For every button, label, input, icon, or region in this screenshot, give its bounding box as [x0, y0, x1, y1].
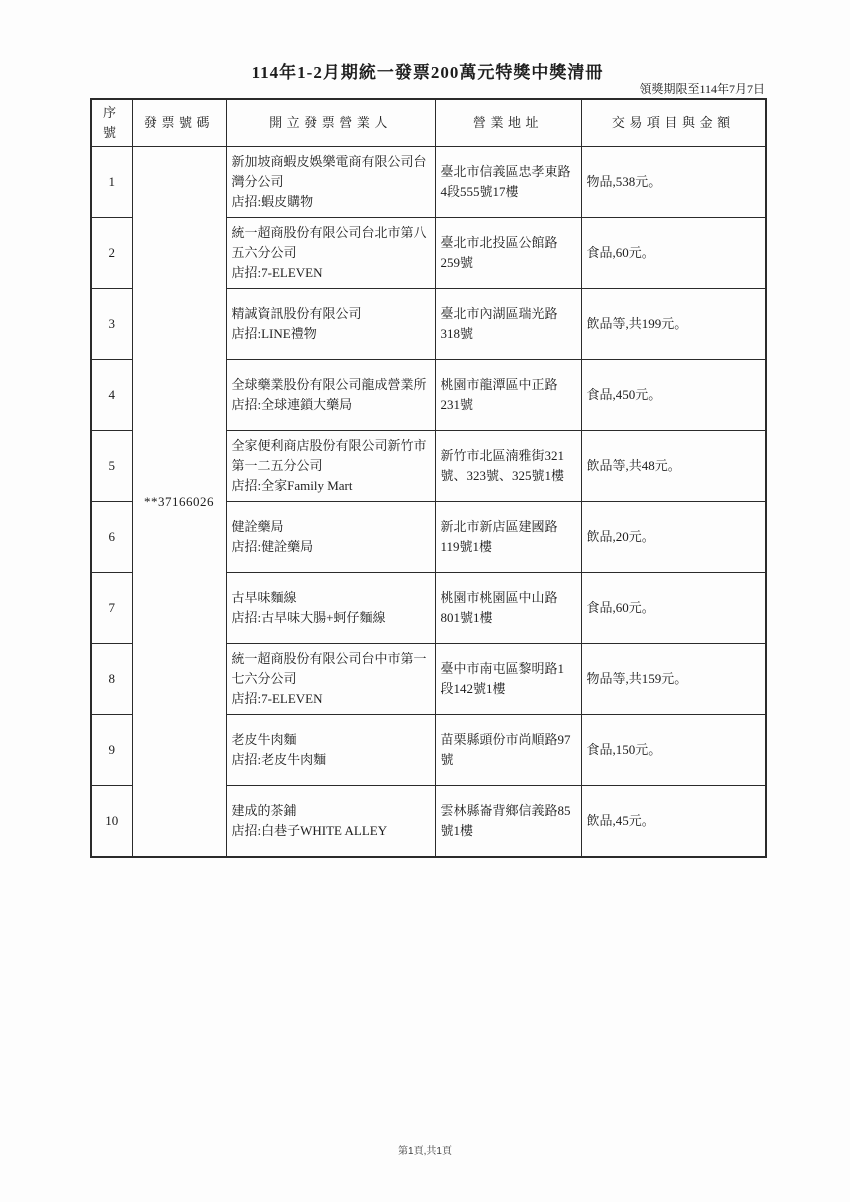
- seller-name: 統一超商股份有限公司台中市第一七六分公司: [232, 649, 430, 689]
- header-items-amount: 交易項目與金額: [581, 99, 766, 147]
- header-address: 營業地址: [435, 99, 581, 147]
- seller-name: 全球藥業股份有限公司龍成營業所: [232, 375, 430, 395]
- address-cell: 臺北市內湖區瑞光路318號: [435, 289, 581, 360]
- store-sign: 店招:LINE禮物: [232, 324, 430, 344]
- seller-name: 古早味麵線: [232, 588, 430, 608]
- serial-cell: 6: [91, 502, 132, 573]
- store-sign: 店招:全家Family Mart: [232, 476, 430, 496]
- seller-cell: 健詮藥局 店招:健詮藥局: [226, 502, 435, 573]
- serial-cell: 3: [91, 289, 132, 360]
- seller-name: 統一超商股份有限公司台北市第八五六分公司: [232, 223, 430, 263]
- store-sign: 店招:全球連鎖大藥局: [232, 395, 430, 415]
- serial-cell: 7: [91, 573, 132, 644]
- winners-table: 序號 發票號碼 開立發票營業人 營業地址 交易項目與金額 1 **3716602…: [90, 98, 767, 858]
- store-sign: 店招:7-ELEVEN: [232, 263, 430, 283]
- header-invoice-number: 發票號碼: [132, 99, 226, 147]
- items-amount-cell: 飲品,20元。: [581, 502, 766, 573]
- seller-cell: 統一超商股份有限公司台中市第一七六分公司 店招:7-ELEVEN: [226, 644, 435, 715]
- items-amount-cell: 食品,60元。: [581, 573, 766, 644]
- seller-cell: 古早味麵線 店招:古早味大腸+蚵仔麵線: [226, 573, 435, 644]
- serial-cell: 10: [91, 786, 132, 858]
- items-amount-cell: 物品等,共159元。: [581, 644, 766, 715]
- items-amount-cell: 食品,450元。: [581, 360, 766, 431]
- seller-cell: 新加坡商蝦皮娛樂電商有限公司台灣分公司 店招:蝦皮購物: [226, 147, 435, 218]
- serial-cell: 2: [91, 218, 132, 289]
- serial-cell: 8: [91, 644, 132, 715]
- seller-name: 新加坡商蝦皮娛樂電商有限公司台灣分公司: [232, 152, 430, 192]
- items-amount-cell: 飲品,45元。: [581, 786, 766, 858]
- address-cell: 桃園市桃園區中山路801號1樓: [435, 573, 581, 644]
- seller-name: 精誠資訊股份有限公司: [232, 304, 430, 324]
- store-sign: 店招:健詮藥局: [232, 537, 430, 557]
- address-cell: 新竹市北區湳雅街321號、323號、325號1樓: [435, 431, 581, 502]
- items-amount-cell: 食品,60元。: [581, 218, 766, 289]
- page-footer: 第1頁,共1頁: [0, 1142, 850, 1157]
- seller-cell: 全家便利商店股份有限公司新竹市第一二五分公司 店招:全家Family Mart: [226, 431, 435, 502]
- deadline-note: 領獎期限至114年7月7日: [90, 80, 765, 97]
- address-cell: 苗栗縣頭份市尚順路97號: [435, 715, 581, 786]
- address-cell: 臺北市北投區公館路259號: [435, 218, 581, 289]
- serial-cell: 9: [91, 715, 132, 786]
- items-amount-cell: 飲品等,共48元。: [581, 431, 766, 502]
- document-page: 114年1-2月期統一發票200萬元特獎中獎清冊 領獎期限至114年7月7日 序…: [0, 0, 850, 1202]
- items-amount-cell: 飲品等,共199元。: [581, 289, 766, 360]
- seller-cell: 統一超商股份有限公司台北市第八五六分公司 店招:7-ELEVEN: [226, 218, 435, 289]
- store-sign: 店招:老皮牛肉麵: [232, 750, 430, 770]
- seller-name: 建成的茶鋪: [232, 801, 430, 821]
- serial-cell: 5: [91, 431, 132, 502]
- seller-cell: 全球藥業股份有限公司龍成營業所 店招:全球連鎖大藥局: [226, 360, 435, 431]
- header-row: 序號 發票號碼 開立發票營業人 營業地址 交易項目與金額: [91, 99, 766, 147]
- invoice-number-cell: **37166026: [132, 147, 226, 858]
- items-amount-cell: 食品,150元。: [581, 715, 766, 786]
- address-cell: 臺北市信義區忠孝東路4段555號17樓: [435, 147, 581, 218]
- store-sign: 店招:蝦皮購物: [232, 192, 430, 212]
- items-amount-cell: 物品,538元。: [581, 147, 766, 218]
- store-sign: 店招:白巷子WHITE ALLEY: [232, 821, 430, 841]
- header-serial: 序號: [91, 99, 132, 147]
- store-sign: 店招:7-ELEVEN: [232, 689, 430, 709]
- seller-cell: 老皮牛肉麵 店招:老皮牛肉麵: [226, 715, 435, 786]
- serial-cell: 1: [91, 147, 132, 218]
- serial-cell: 4: [91, 360, 132, 431]
- seller-cell: 建成的茶鋪 店招:白巷子WHITE ALLEY: [226, 786, 435, 858]
- address-cell: 桃園市龍潭區中正路231號: [435, 360, 581, 431]
- address-cell: 臺中市南屯區黎明路1段142號1樓: [435, 644, 581, 715]
- table-row: 1 **37166026 新加坡商蝦皮娛樂電商有限公司台灣分公司 店招:蝦皮購物…: [91, 147, 766, 218]
- header-seller: 開立發票營業人: [226, 99, 435, 147]
- store-sign: 店招:古早味大腸+蚵仔麵線: [232, 608, 430, 628]
- address-cell: 雲林縣崙背鄉信義路85號1樓: [435, 786, 581, 858]
- seller-name: 健詮藥局: [232, 517, 430, 537]
- address-cell: 新北市新店區建國路119號1樓: [435, 502, 581, 573]
- seller-name: 全家便利商店股份有限公司新竹市第一二五分公司: [232, 436, 430, 476]
- seller-cell: 精誠資訊股份有限公司 店招:LINE禮物: [226, 289, 435, 360]
- seller-name: 老皮牛肉麵: [232, 730, 430, 750]
